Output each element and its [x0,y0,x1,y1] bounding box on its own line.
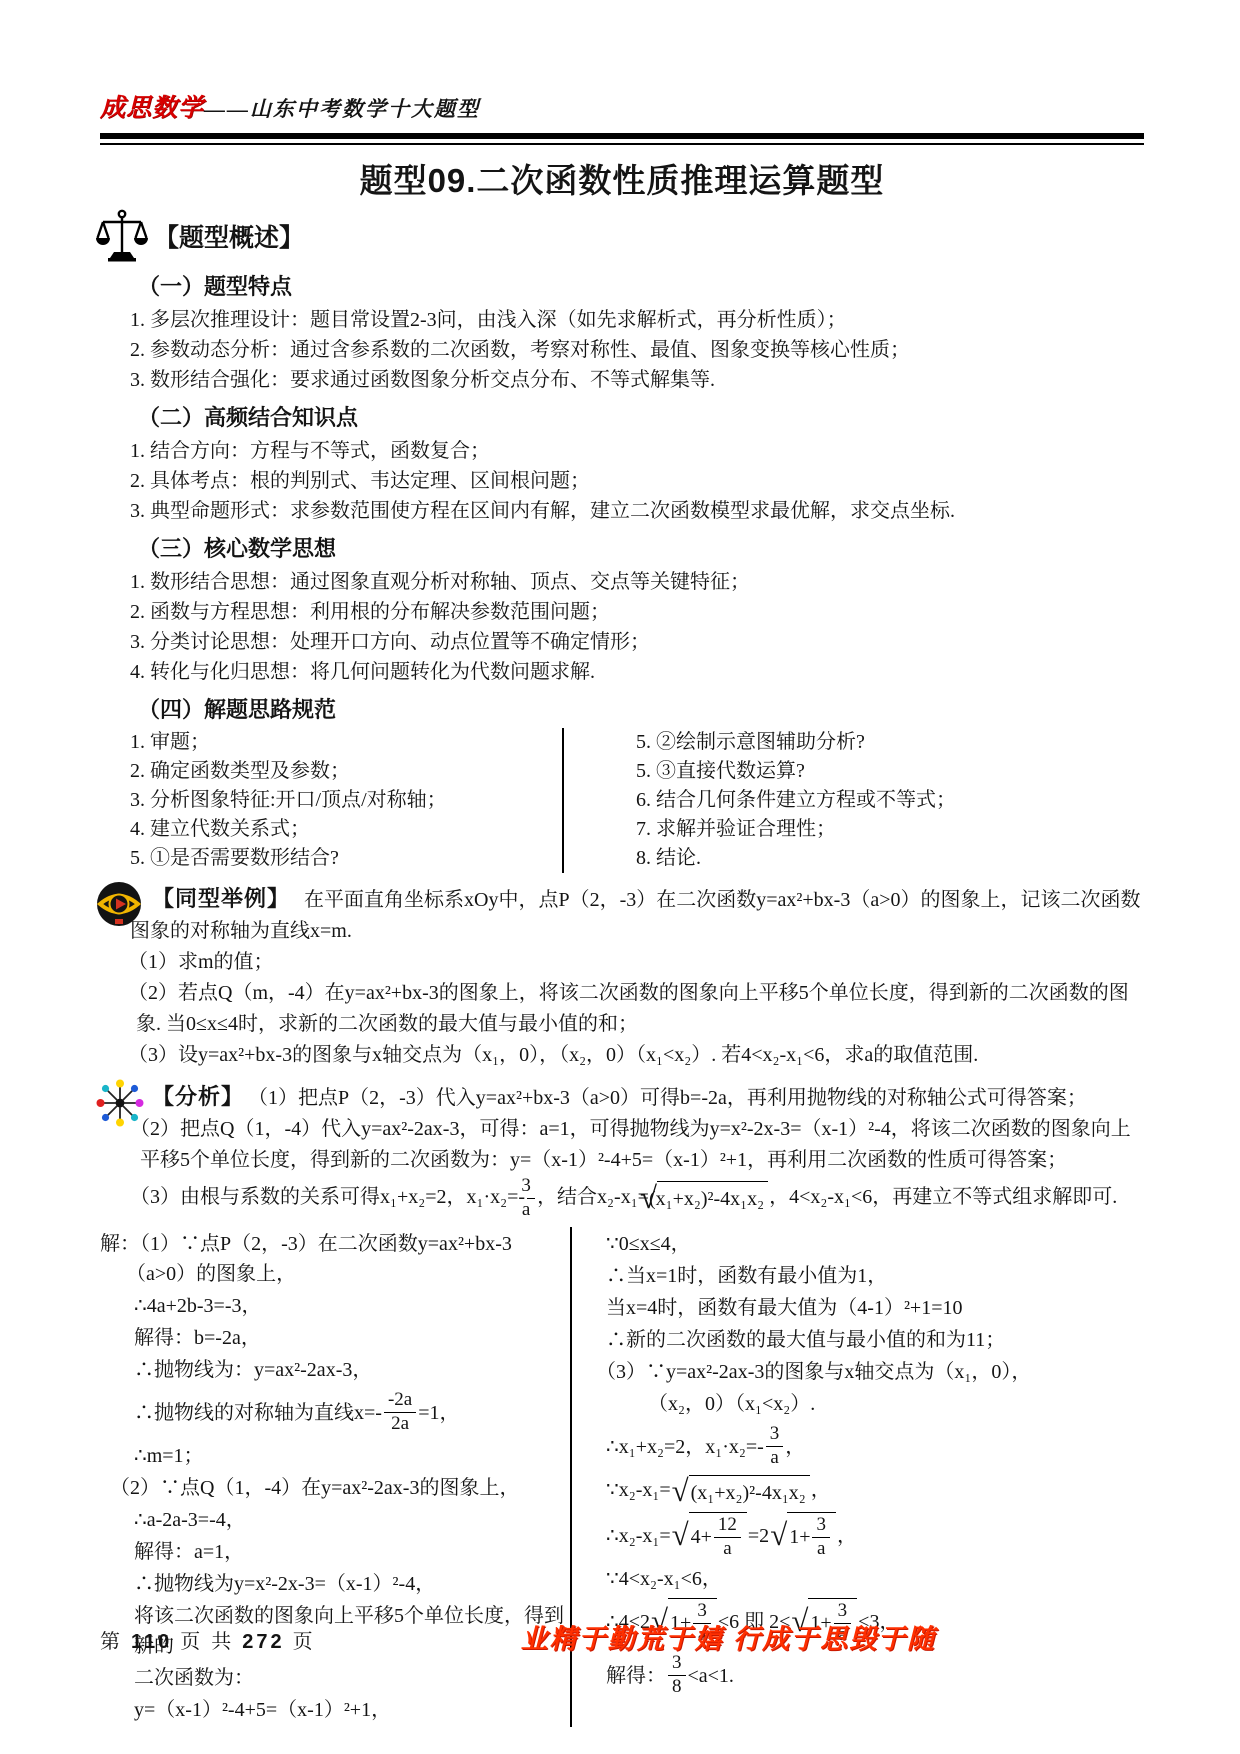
example-question-1: （1）求m的值； [110,947,1144,978]
overview-heading-row: 【题型概述】 [96,208,1144,264]
analysis-p1-text: （1）把点P（2，-3）代入y=ax²+bx-3（a>0）可得b=-2a，再利用… [258,1087,1087,1109]
workflow-right-column: 5. ②绘制示意图辅助分析? 5. ③直接代数运算? 6. 结合几何条件建立方程… [562,728,1144,873]
brand-logo: 成思数学 [100,88,204,124]
section-1-heading: （一）题型特点 [138,270,1144,301]
solution-line: ∴4a+2b-3=-3， [134,1291,570,1321]
fraction: 38 [668,1653,686,1698]
solution-line: ∵0≤x≤4， [606,1229,1144,1259]
radicand: 4+12a [689,1512,747,1560]
math-text: ∴x₂-x₁= [606,1521,671,1551]
list-item: 2. 确定函数类型及参数； [130,757,562,786]
math-text: ，4<x₂-x₁<6，再建立不等式组求解即可. [769,1186,1117,1208]
math-text: 1+ [789,1522,810,1552]
fraction: 3a [812,1515,830,1560]
fraction: -2a2a [384,1390,416,1435]
analysis-paragraph-3: （3）由根与系数的关系可得x₁+x₂=2，x₁·x₂=-3a，结合x₂-x₁=√… [110,1176,1144,1221]
fraction-denominator: a [766,1447,784,1469]
overview-heading: 【题型概述】 [154,218,304,254]
solution-line: ∴抛物线为y=x²-2x-3=（x-1）²-4， [134,1569,570,1599]
solution-line: 解得：38<a<1. [606,1650,1144,1702]
math-text: =2 [748,1521,769,1551]
analysis-heading: 【分析】 [152,1084,258,1109]
solution-line: ∴x₂-x₁=√4+12a=2√1+3a， [606,1510,1144,1562]
math-text: 4+ [691,1522,712,1552]
fraction-denominator: 2a [384,1413,416,1435]
solution-line: 二次函数为： [134,1663,570,1693]
radicand: (x₁+x₂)²-4x₁x₂ [657,1181,768,1215]
page-number-text: 页 [293,1631,316,1653]
solution-line: ∵4<x₂-x₁<6， [606,1564,1144,1594]
math-text: 解得： [606,1661,666,1691]
math-text: （3）由根与系数的关系可得x₁+x₂=2，x₁·x₂=- [130,1186,525,1208]
solution-line: （2）∵点Q（1，-4）在y=ax²-2ax-3的图象上， [110,1473,570,1503]
analysis-paragraph-2: （2）把点Q（1，-4）代入y=ax²-2ax-3，可得：a=1，可得抛物线为y… [110,1114,1144,1176]
total-page-number: 272 [242,1631,284,1653]
section-3-heading: （三）核心数学思想 [138,532,1144,563]
fraction-denominator: a [812,1538,830,1560]
example-block: 【同型举例】在平面直角坐标系xOy中，点P（2，-3）在二次函数y=ax²+bx… [100,883,1144,1071]
footer-slogan: 业精于勤荒于嬉 行成于思毁于随 [521,1617,937,1656]
solution-line: ∴新的二次函数的最大值与最小值的和为11； [606,1325,1144,1355]
radical-sign: √ [770,1519,787,1550]
list-item: 5. ②绘制示意图辅助分析? [636,728,1144,757]
workflow-columns: 1. 审题； 2. 确定函数类型及参数； 3. 分析图象特征:开口/顶点/对称轴… [100,728,1144,873]
page-footer: 第 110 页 共 272 页 业精于勤荒于嬉 行成于思毁于随 [100,1617,1144,1656]
example-question-2: （2）若点Q（m，-4）在y=ax²+bx-3的图象上，将该二次函数的图象向上平… [110,978,1144,1040]
solution-line: 当x=4时，函数有最大值为（4-1）²+1=10 [606,1293,1144,1323]
square-root: √1+3a [770,1512,836,1560]
solution-line: （3）∵y=ax²-2ax-3的图象与x轴交点为（x₁，0）， [596,1357,1144,1387]
solution-line: ∴抛物线的对称轴为直线x=--2a2a=1， [134,1387,570,1439]
fraction-numerator: -2a [384,1390,416,1413]
header-divider [100,133,1144,145]
section-2-heading: （二）高频结合知识点 [138,401,1144,432]
list-item: 1. 多层次推理设计：题目常设置2-3问，由浅入深（如先求解析式，再分析性质）； [130,305,1144,335]
list-item: 1. 数形结合思想：通过图象直观分析对称轴、顶点、交点等关键特征； [130,567,1144,597]
list-item: 3. 分析图象特征:开口/顶点/对称轴； [130,786,562,815]
eye-play-icon [96,881,142,927]
square-root: √(x₁+x₂)²-4x₁x₂ [672,1475,810,1508]
list-item: 5. ①是否需要数形结合? [130,844,562,873]
document-page: 成思数学 ——山东中考数学十大题型 题型09.二次函数性质推理运算题型 [0,0,1240,1754]
list-item: 5. ③直接代数运算? [636,757,1144,786]
fraction-numerator: 3 [766,1424,784,1447]
fraction-numerator: 3 [812,1515,830,1538]
balance-scale-icon [96,208,148,264]
example-intro: 【同型举例】在平面直角坐标系xOy中，点P（2，-3）在二次函数y=ax²+bx… [130,883,1144,947]
math-text: ， [785,1432,805,1462]
list-item: 2. 具体考点：根的判别式、韦达定理、区间根问题； [130,466,1144,496]
list-item: 7. 求解并验证合理性； [636,815,1144,844]
math-text: ， [811,1479,831,1501]
solution-line: ∴x₁+x₂=2，x₁·x₂=-3a， [606,1421,1144,1473]
analysis-paragraph-1: 【分析】（1）把点P（2，-3）代入y=ax²+bx-3（a>0）可得b=-2a… [130,1081,1144,1114]
page-number-text: 页 共 [180,1631,234,1653]
math-text: ，结合x₂-x₁= [537,1186,649,1208]
radicand: 1+3a [787,1512,836,1560]
fraction-denominator: a [527,1199,535,1221]
fraction: 3a [766,1424,784,1469]
list-item: 2. 函数与方程思想：利用根的分布解决参数范围问题； [130,597,1144,627]
solution-line: ∴a-2a-3=-4， [134,1505,570,1535]
math-text: ∴x₁+x₂=2，x₁·x₂=- [606,1432,764,1462]
radical-sign: √ [672,1519,689,1550]
example-heading: 【同型举例】 [152,886,304,911]
page-number-text: 第 [100,1631,123,1653]
solution-line: ∴抛物线为：y=ax²-2ax-3， [134,1355,570,1385]
header-subtitle: ——山东中考数学十大题型 [204,93,480,123]
workflow-left-column: 1. 审题； 2. 确定函数类型及参数； 3. 分析图象特征:开口/顶点/对称轴… [100,728,562,873]
list-item: 3. 数形结合强化：要求通过函数图象分析交点分布、不等式解集等. [130,365,1144,395]
list-item: 4. 建立代数关系式； [130,815,562,844]
solution-line: y=（x-1）²-4+5=（x-1）²+1， [134,1695,570,1725]
section-4-heading: （四）解题思路规范 [138,693,1144,724]
list-item: 3. 典型命题形式：求参数范围使方程在区间内有解，建立二次函数模型求最优解，求交… [130,496,1144,526]
fraction-numerator: 3 [668,1653,686,1676]
page-number: 第 110 页 共 272 页 [100,1625,316,1654]
list-item: 1. 结合方向：方程与不等式，函数复合； [130,436,1144,466]
solution-line: ∵x₂-x₁=√(x₁+x₂)²-4x₁x₂， [606,1475,1144,1508]
header: 成思数学 ——山东中考数学十大题型 [100,88,1144,124]
solution-line: ∴m=1； [134,1441,570,1471]
math-text: =1， [418,1398,459,1428]
solution-line: ∴当x=1时，函数有最小值为1， [606,1261,1144,1291]
list-item: 4. 转化与化归思想：将几何问题转化为代数问题求解. [130,657,1144,687]
list-item: 2. 参数动态分析：通过含参系数的二次函数，考察对称性、最值、图象变换等核心性质… [130,335,1144,365]
math-text: ∵x₂-x₁= [606,1479,671,1501]
fraction-numerator: 12 [714,1515,741,1538]
math-text: ， [837,1521,857,1551]
solution-line: 解得：b=-2a， [134,1323,570,1353]
list-item: 3. 分类讨论思想：处理开口方向、动点位置等不确定情形； [130,627,1144,657]
radical-sign: √ [672,1475,689,1506]
solution-line: （x₂，0）（x₁<x₂）. [648,1389,1144,1419]
square-root: √4+12a [672,1512,747,1560]
radicand: (x₁+x₂)²-4x₁x₂ [689,1475,810,1508]
current-page-number: 110 [131,1631,172,1653]
square-root: √(x₁+x₂)²-4x₁x₂ [650,1181,768,1215]
fraction-denominator: a [714,1538,741,1560]
list-item: 6. 结合几何条件建立方程或不等式； [636,786,1144,815]
analysis-block: 【分析】（1）把点P（2，-3）代入y=ax²+bx-3（a>0）可得b=-2a… [100,1081,1144,1221]
colorful-star-icon [96,1079,144,1127]
radical-sign: √ [650,1182,657,1213]
list-item: 1. 审题； [130,728,562,757]
solution-line: 解得：a=1， [134,1537,570,1567]
solution-line: 解：（1）∵点P（2，-3）在二次函数y=ax²+bx-3（a>0）的图象上， [100,1229,570,1289]
fraction-numerator: 3 [527,1176,535,1199]
math-text: ∴抛物线的对称轴为直线x=- [134,1398,382,1428]
math-text: <a<1. [688,1661,734,1691]
page-title: 题型09.二次函数性质推理运算题型 [100,155,1144,202]
fraction-denominator: 8 [668,1676,686,1698]
example-question-3: （3）设y=ax²+bx-3的图象与x轴交点为（x₁，0），（x₂，0）（x₁<… [110,1040,1144,1071]
fraction: 3a [527,1176,535,1221]
fraction: 12a [714,1515,741,1560]
list-item: 8. 结论. [636,844,1144,873]
